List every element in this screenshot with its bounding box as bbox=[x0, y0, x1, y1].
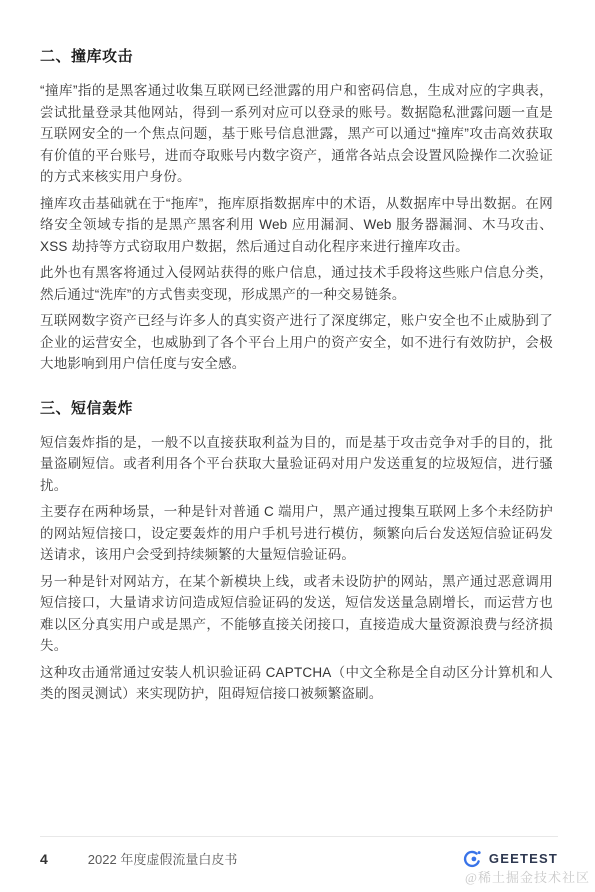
document-page: 二、撞库攻击 “撞库”指的是黑客通过收集互联网已经泄露的用户和密码信息，生成对应… bbox=[0, 0, 595, 892]
page-footer: 4 2022 年度虚假流量白皮书 GEETEST bbox=[40, 836, 558, 869]
section-heading-sms-bombing: 三、短信轰炸 bbox=[40, 397, 553, 418]
section-heading-credential-stuffing: 二、撞库攻击 bbox=[40, 45, 553, 66]
watermark-text: @稀土掘金技术社区 bbox=[465, 867, 590, 886]
section-credential-stuffing: 二、撞库攻击 “撞库”指的是黑客通过收集互联网已经泄露的用户和密码信息，生成对应… bbox=[40, 45, 553, 375]
paragraph: “撞库”指的是黑客通过收集互联网已经泄露的用户和密码信息，生成对应的字典表，尝试… bbox=[40, 80, 553, 188]
paragraph: 主要存在两种场景，一种是针对普通 C 端用户，黑产通过搜集互联网上多个未经防护的… bbox=[40, 501, 553, 566]
paragraph: 撞库攻击基础就在于“拖库”，拖库原指数据库中的术语，从数据库中导出数据。在网络安… bbox=[40, 193, 553, 258]
paragraph: 互联网数字资产已经与许多人的真实资产进行了深度绑定，账户安全也不止威胁到了企业的… bbox=[40, 310, 553, 375]
paragraph: 这种攻击通常通过安装人机识验证码 CAPTCHA（中文全称是全自动区分计算机和人… bbox=[40, 662, 553, 705]
section-sms-bombing: 三、短信轰炸 短信轰炸指的是，一般不以直接获取利益为目的，而是基于攻击竞争对手的… bbox=[40, 397, 553, 705]
document-title: 2022 年度虚假流量白皮书 bbox=[88, 849, 238, 868]
paragraph: 另一种是针对网站方，在某个新模块上线，或者未设防护的网站，黑产通过恶意调用短信接… bbox=[40, 571, 553, 657]
paragraph: 此外也有黑客将通过入侵网站获得的账户信息，通过技术手段将这些账户信息分类，然后通… bbox=[40, 262, 553, 305]
paragraph: 短信轰炸指的是，一般不以直接获取利益为目的，而是基于攻击竞争对手的目的，批量盗刷… bbox=[40, 432, 553, 497]
geetest-logo: GEETEST bbox=[462, 848, 558, 869]
geetest-brand-name: GEETEST bbox=[489, 851, 558, 866]
page-content: 二、撞库攻击 “撞库”指的是黑客通过收集互联网已经泄露的用户和密码信息，生成对应… bbox=[0, 0, 595, 705]
geetest-logo-icon bbox=[462, 848, 483, 869]
page-number: 4 bbox=[40, 851, 48, 867]
